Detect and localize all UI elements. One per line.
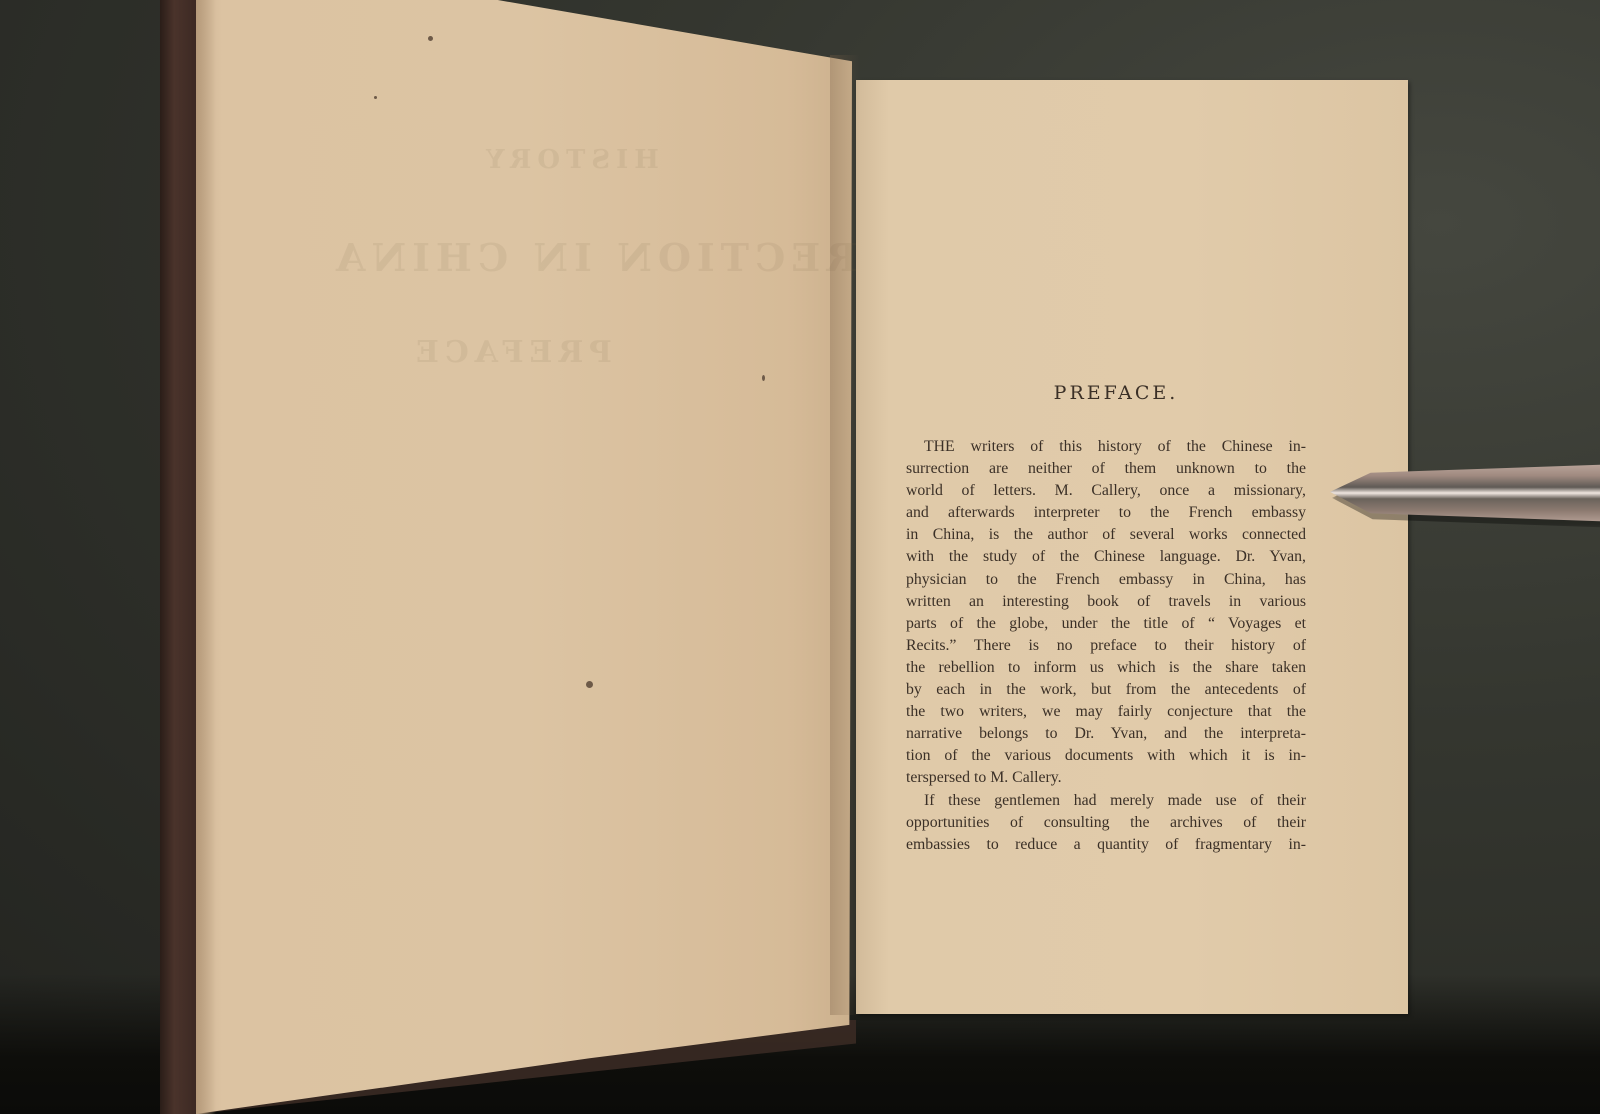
- text-line: opportunities of consulting the archives…: [906, 812, 1306, 834]
- preface-heading: PREFACE.: [926, 382, 1306, 404]
- text-line: and afterwards interpreter to the French…: [906, 502, 1306, 524]
- paper-speck: [586, 681, 593, 688]
- paper-speck: [762, 375, 765, 381]
- text-line: If these gentlemen had merely made use o…: [906, 790, 1306, 812]
- text-line: tion of the various documents with which…: [906, 745, 1306, 767]
- text-line: with the study of the Chinese language. …: [906, 546, 1306, 568]
- text-line: written an interesting book of travels i…: [906, 591, 1306, 613]
- gutter-shadow: [830, 55, 860, 1015]
- text-line: embassies to reduce a quantity of fragme…: [906, 834, 1306, 856]
- left-page-edge-shadow: [196, 0, 216, 1114]
- text-line: terspersed to M. Callery.: [906, 767, 1306, 789]
- text-line: the two writers, we may fairly conjectur…: [906, 701, 1306, 723]
- paper-speck: [374, 96, 377, 99]
- text-line: by each in the work, but from the antece…: [906, 679, 1306, 701]
- preface-block: PREFACE. THE writers of this history of …: [906, 382, 1306, 856]
- text-line: narrative belongs to Dr. Yvan, and the i…: [906, 723, 1306, 745]
- show-through-text: PREFACE: [410, 335, 612, 370]
- show-through-text: HISTORY: [480, 145, 659, 175]
- book-cover-edge: [160, 0, 196, 1114]
- text-line: Recits.” There is no preface to their hi…: [906, 635, 1306, 657]
- text-line: parts of the globe, under the title of “…: [906, 613, 1306, 635]
- text-line: in China, is the author of several works…: [906, 524, 1306, 546]
- preface-body: THE writers of this history of the Chine…: [906, 436, 1306, 856]
- text-line: the rebellion to inform us which is the …: [906, 657, 1306, 679]
- text-line: physician to the French embassy in China…: [906, 569, 1306, 591]
- paper-speck: [428, 36, 433, 41]
- text-line: world of letters. M. Callery, once a mis…: [906, 480, 1306, 502]
- text-line: THE writers of this history of the Chine…: [906, 436, 1306, 458]
- text-line: surrection are neither of them unknown t…: [906, 458, 1306, 480]
